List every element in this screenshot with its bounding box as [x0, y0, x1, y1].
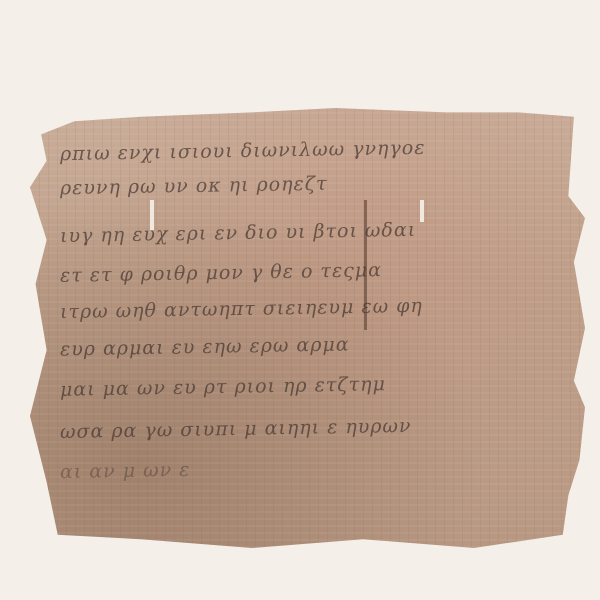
fiber-gap: [420, 200, 424, 222]
script-line-2: ρευνη ρω υν οκ ηι ροηεζτ: [60, 173, 328, 200]
script-line-9: αι αν μ ων ε: [60, 459, 191, 483]
